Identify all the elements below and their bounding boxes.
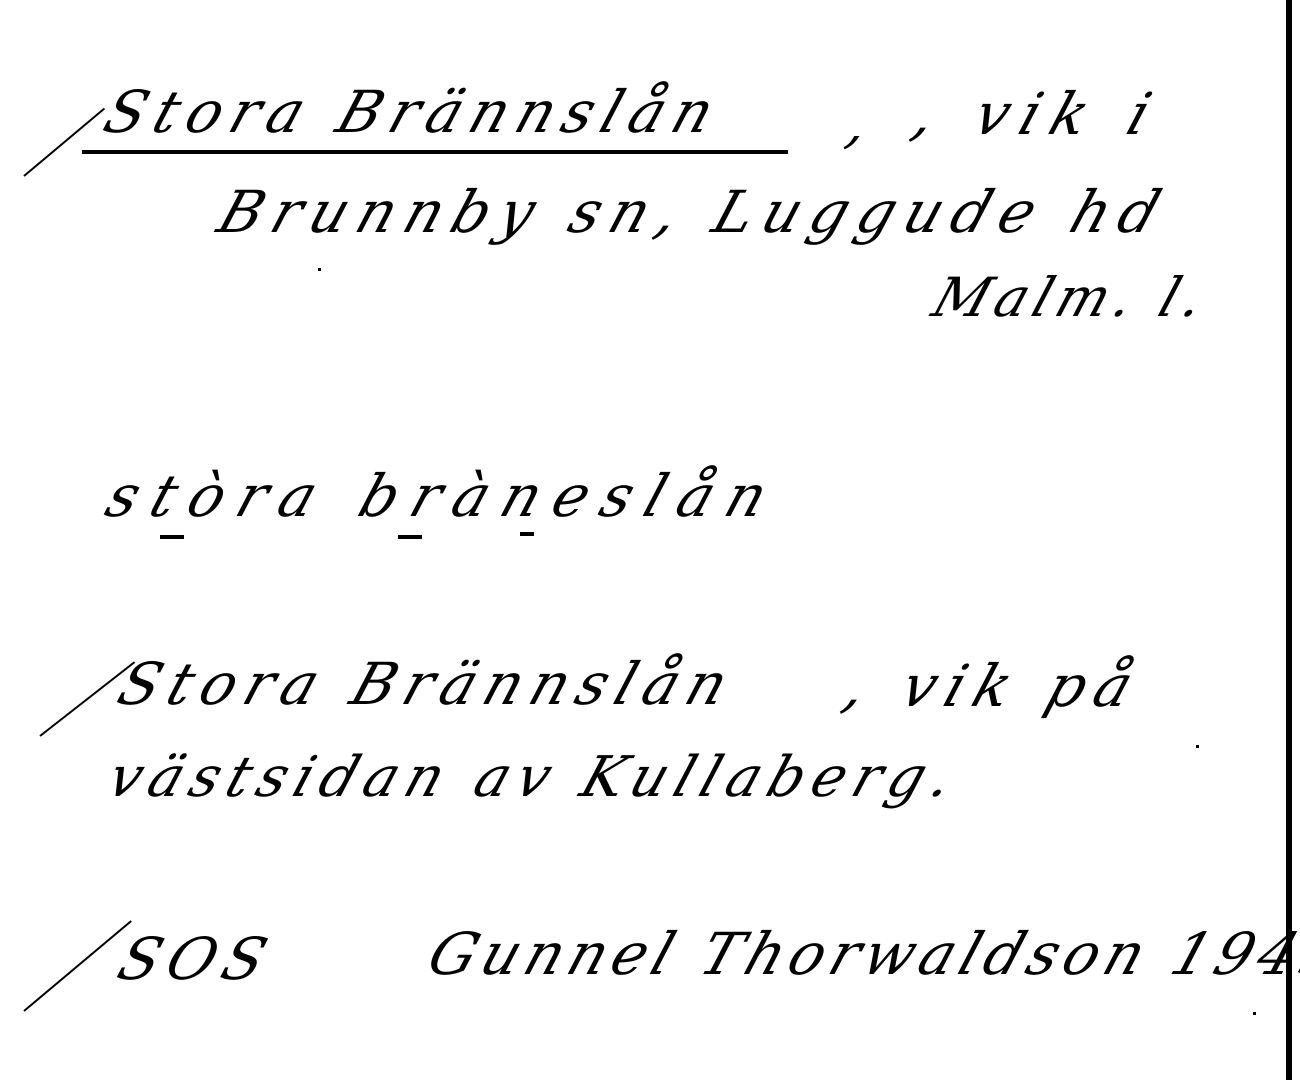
scan-speck — [1196, 745, 1199, 748]
description-line2: västsidan av Kullaberg. — [100, 745, 969, 810]
phonetic-underline-mark — [160, 535, 184, 539]
recorder-signature: Gunnel Thorwaldson 1945. — [420, 920, 1300, 988]
location-line: Brunnby sn, Luggude hd — [210, 178, 1179, 246]
scan-speck — [1253, 1012, 1256, 1015]
pen-lead-stroke — [23, 108, 105, 177]
recorder-name: Gunnel Thorwaldson — [420, 920, 1160, 988]
archive-code: SOS — [110, 925, 283, 993]
scan-speck — [318, 268, 321, 271]
phonetic-transcription: stòra bràneslån — [98, 462, 790, 530]
headword-underline — [82, 150, 788, 154]
phonetic-underline-mark — [398, 535, 422, 539]
phonetic-underline-mark — [520, 532, 534, 536]
definition-part1: , vik i — [905, 80, 1171, 148]
comma-mark: , — [840, 92, 884, 155]
headword: Stora Brännslån — [96, 78, 732, 146]
pen-lead-stroke — [23, 920, 132, 1012]
county: Malm. l. — [925, 266, 1218, 329]
archive-card: Stora Brännslån , , vik i Brunnby sn, Lu… — [0, 0, 1300, 1080]
description-tail: , vik på — [836, 652, 1152, 720]
record-year: 1945. — [1163, 920, 1300, 988]
scan-edge-border — [1286, 0, 1292, 1080]
description-headword: Stora Brännslån — [110, 650, 746, 718]
